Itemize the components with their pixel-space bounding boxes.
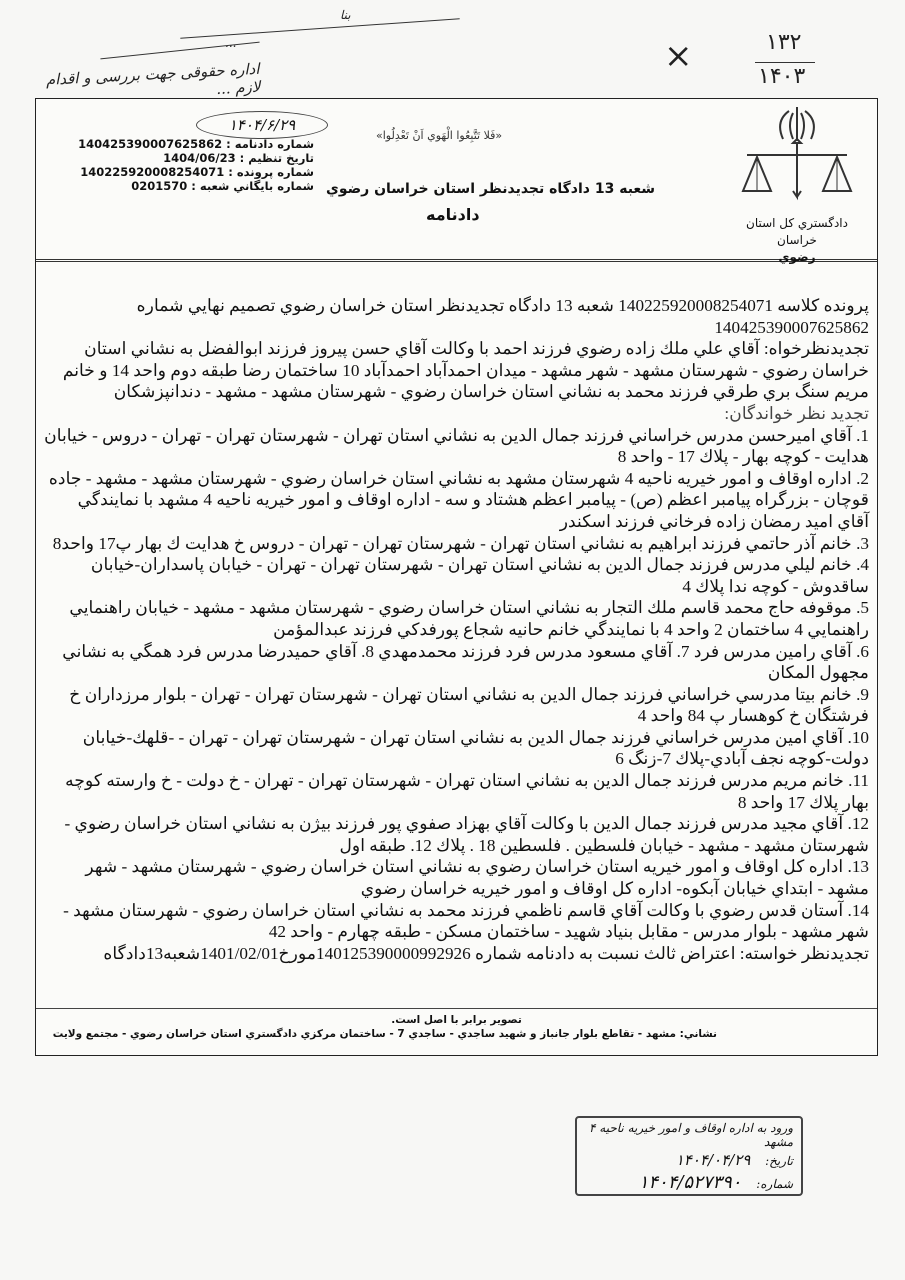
handwritten-fraction-bottom: ۱۴۰۳ [758,64,805,89]
quran-quote: «فَلا تَتَّبِعُوا الْهَوي اَنْ تَعْدِلُو… [376,129,502,142]
respondent-item: 2. اداره اوقاف و امور خيريه ناحيه 4 شهرس… [44,468,869,533]
case-intro: پرونده كلاسه 140225920008254071 شعبه 13 … [44,295,869,338]
respondent-item: 1. آقاي اميرحسن مدرس خراساني فرزند جمال … [44,425,869,468]
handwritten-fraction-top: ۱۳۲ [766,30,801,55]
case-number-row: شماره پرونده : 140225920008254071 [104,165,314,179]
appellant-paragraph: تجديدنظرخواه: آقاي علي ملك زاده رضوي فرز… [44,338,869,403]
certified-copy-note: تصوير برابر با اصل است. [36,1014,877,1026]
stamp-date-label: تاريخ: [765,1154,793,1168]
respondent-item: 14. آستان قدس رضوي با وكالت آقاي قاسم نا… [44,900,869,943]
handwritten-initials-icon: × [664,36,693,76]
verdict-document: دادگستري كل استان خراسان رضوي «فَلا تَتَ… [35,98,878,1056]
document-title: دادنامه [426,205,480,224]
emblem-caption-region: رضوي [727,249,867,266]
stamp-number-row: شماره: ۱۴۰۴/۵۲۷۳۹۰ [585,1172,793,1195]
document-body: پرونده كلاسه 140225920008254071 شعبه 13 … [44,295,869,964]
archive-number-row: شماره بايگاني شعبه : 0201570 [104,179,314,193]
respondent-item: 6. آقاي رامين مدرس فرد 7. آقاي مسعود مدر… [44,641,869,684]
respondent-item: 12. آقاي مجيد مدرس فرزند جمال الدين با و… [44,813,869,856]
handwritten-note-second: ... [225,36,236,50]
emblem-caption: دادگستري كل استان خراسان [727,215,867,249]
appeal-request: تجديدنظر خواسته: اعتراض ثالث نسبت به داد… [44,943,869,965]
verdict-number-row: شماره دادنامه : 140425390007625862 [104,137,314,151]
stamp-title: ورود به اداره اوقاف و امور خيريه ناحيه ۴… [585,1121,793,1149]
document-header: دادگستري كل استان خراسان رضوي «فَلا تَتَ… [36,99,877,262]
respondent-item: 11. خانم مريم مدرس فرزند جمال الدين به ن… [44,770,869,813]
receipt-stamp: ورود به اداره اوقاف و امور خيريه ناحيه ۴… [575,1116,803,1196]
respondent-item: 9. خانم بيتا مدرسي خراساني فرزند جمال ال… [44,684,869,727]
respondent-item: 4. خانم ليلي مدرس فرزند جمال الدين به نش… [44,554,869,597]
case-metadata: شماره دادنامه : 140425390007625862 تاريخ… [104,137,314,193]
scales-of-justice-icon [737,103,857,215]
respondent-item: 5. موقوفه حاج محمد قاسم ملك التجار به نش… [44,597,869,640]
handwritten-note-top: بنا [340,8,351,22]
stamp-date-row: تاريخ: ۱۴۰۴/۰۴/۲۹ [585,1149,793,1172]
stamp-number-value: ۱۴۰۴/۵۲۷۳۹۰ [639,1172,742,1193]
handwritten-date-circle: ۱۴۰۴/۶/۲۹ [196,111,328,139]
document-footer: تصوير برابر با اصل است. نشاني: مشهد - تق… [36,1008,877,1055]
handwritten-underline [180,18,459,39]
respondent-item: 10. آقاي امين مدرس خراساني فرزند جمال ال… [44,727,869,770]
stamp-number-label: شماره: [756,1177,793,1191]
respondents-heading: تجديد نظر خواندگان: [44,403,869,425]
fraction-bar [755,62,815,63]
judiciary-emblem: دادگستري كل استان خراسان رضوي [727,103,867,253]
handwritten-underline [100,42,259,60]
court-address: نشاني: مشهد - تقاطع بلوار جانباز و شهيد … [36,1028,877,1040]
issue-date-row: تاريخ تنظيم : 1404/06/23 [104,151,314,165]
respondent-item: 13. اداره كل اوقاف و امور خيريه استان خر… [44,856,869,899]
court-name: شعبه 13 دادگاه تجديدنظر استان خراسان رضو… [326,181,655,197]
stamp-date-value: ۱۴۰۴/۰۴/۲۹ [676,1151,751,1169]
respondent-item: 3. خانم آذر حاتمي فرزند ابراهيم به نشاني… [44,533,869,555]
